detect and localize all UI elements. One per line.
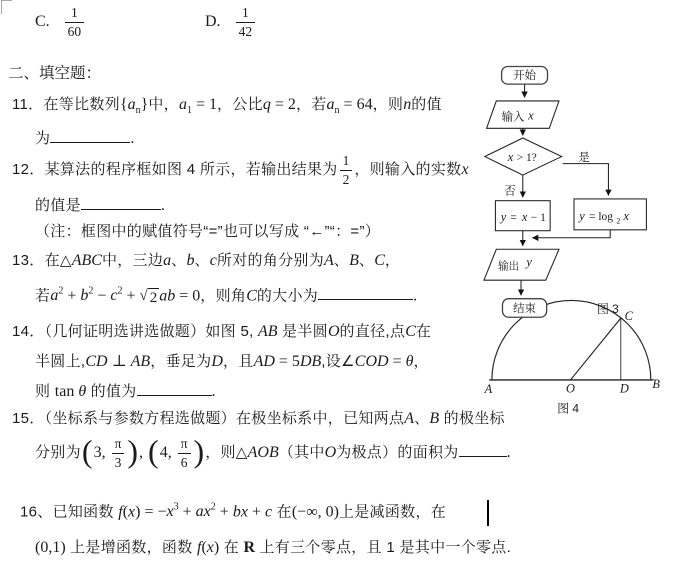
arrow-yes-branch [563, 164, 609, 196]
q14-line-2: 半圆上,CD ⊥ AB，垂足为D，且AD = 5DB,设∠COD = θ， [35, 351, 429, 372]
option-d-label: D. [205, 13, 221, 31]
q12-note: （注：框图中的赋值符号“=”也可以写成 “←”“：=”） [35, 221, 380, 242]
box2-eq: = log [589, 211, 613, 223]
box2-x: x [622, 209, 629, 223]
box2-y: y [577, 209, 585, 223]
q15-line-2: 分别为(3, π3), (4, π6)，则△AOB（其中O为极点）的面积为. [35, 436, 511, 470]
output-node [484, 249, 559, 280]
q16-line-2: (0,1) 上是增函数，函数 f(x) 在 R 上有三个零点，且 1 是其中一个… [35, 537, 511, 558]
input-label: 输入 [502, 109, 525, 123]
q12-line-2: 的值是. [35, 195, 165, 216]
option-d-fraction: 1 42 [236, 5, 256, 39]
segment-OC [570, 318, 620, 380]
condition-expr: > 1? [517, 152, 537, 164]
option-c-label: C. [35, 13, 50, 31]
option-c: C. 1 60 [35, 5, 86, 39]
end-label: 结束 [513, 301, 536, 315]
q15-line-1: 15．（坐标系与参数方程选做题）在极坐标系中，已知两点A、B 的极坐标 [12, 408, 505, 429]
box2-sub: 2 [616, 217, 620, 226]
point-label-C: C [625, 309, 634, 323]
point-label-A: A [484, 382, 493, 396]
output-label: 输出 [498, 260, 519, 273]
table-corner-mark [1, 0, 12, 14]
condition-var: x [507, 150, 514, 164]
q11-line-1: 11．在等比数列{an}中，a1 = 1，公比q = 2，若an = 64，则n… [12, 94, 442, 121]
q13-line-2: 若a2 + b2 − c2 + √2ab = 0，则角C的大小为. [35, 281, 417, 307]
option-c-fraction: 1 60 [65, 5, 85, 39]
section-header: 二、填空题： [8, 63, 101, 84]
flowchart: 开始 输入 x x > 1? 是 否 y = x − 1 y = log 2 x… [484, 66, 646, 317]
output-var: y [524, 255, 532, 269]
q13-line-1: 13．在△ABC中，三边a、b、c所对的角分别为A、B、C， [12, 250, 400, 271]
box1-rest: − 1 [531, 212, 546, 224]
q16-line-1: 16、已知函数 f(x) = −x3 + ax2 + bx + c 在(−∞, … [20, 497, 446, 522]
option-d: D. 1 42 [205, 5, 257, 39]
point-label-B: B [652, 377, 660, 391]
input-var: x [527, 108, 534, 122]
box1-x: x [521, 210, 528, 224]
figures-panel: A O D B C 图 4 开始 [455, 55, 678, 470]
box1-eq: = [510, 212, 516, 224]
q14-line-3: 则 tan θ 的值为. [35, 381, 216, 402]
point-label-O: O [566, 381, 575, 395]
figure4-caption: 图 4 [557, 402, 579, 416]
exam-document-page: C. 1 60 D. 1 42 二、填空题： 11．在等比数列{an}中，a1 … [0, 0, 678, 564]
figure3-caption: 图 3 [597, 302, 619, 316]
point-label-D: D [619, 381, 629, 395]
start-label: 开始 [513, 68, 536, 82]
text-cursor[interactable] [487, 500, 489, 526]
q11-line-2: 为. [35, 128, 134, 149]
no-label: 否 [504, 185, 516, 198]
q14-line-1: 14．（几何证明选讲选做题）如图 5, AB 是半圆O的直径,点C在 [12, 321, 431, 342]
box1-y: y [499, 210, 507, 224]
q12-line-1: 12．某算法的程序框如图 4 所示，若输出结果为12，则输入的实数x [12, 153, 469, 187]
yes-label: 是 [578, 151, 590, 164]
